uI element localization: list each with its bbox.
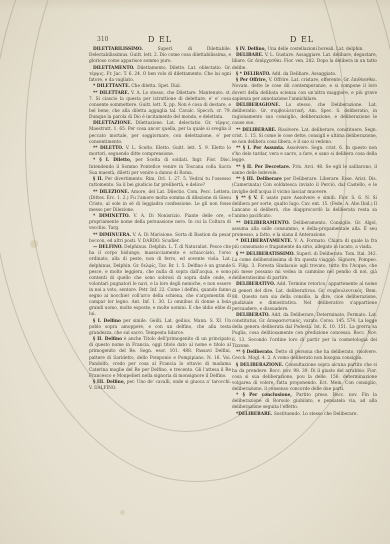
entry-headword: § II. Delfino (93, 337, 122, 342)
entry-definition: Delphinus. Delphin. L. T. di Naturalist.… (89, 245, 231, 317)
dictionary-entry: § DELIBERAZIONE. Consultazione sopra alc… (232, 363, 377, 393)
entry-headword: ** DILETTO. (93, 146, 123, 151)
entry-definition: Add. da Delibare. Assaggiato. (272, 72, 337, 77)
dictionary-entry: § II. Delfino è anche Titolo dell'primog… (89, 337, 231, 380)
running-head-right: D EL (290, 35, 314, 44)
paper-stain (120, 510, 125, 515)
dictionary-entry: ** § III. Deliberare per Deliberare. Lib… (232, 177, 377, 195)
entry-headword: § * DELIBATO. (236, 72, 270, 77)
entry-headword: § Per Offrire, (236, 78, 267, 83)
entry-definition: Per divertimento. Rim. Orl. 1. 27. 5. Ve… (89, 177, 231, 188)
dictionary-entry: ** DILETTO. V. L. Scelto. Eletto. Guitt.… (89, 146, 231, 158)
entry-headword: ** § III. Deliberare (236, 177, 282, 182)
entry-headword: § DELIBERAZIONE. (236, 363, 283, 368)
right-column: § IV. Delfino, Una delle costellazioni b… (232, 47, 377, 418)
dictionary-entry: ** DIMINUERA. V. A. Di Marisione. Sorta … (89, 233, 231, 245)
entry-headword: ** § I. Per Assunta. (236, 146, 284, 151)
entry-headword: DILETTAMENTO. (93, 66, 135, 71)
dictionary-entry: § I. Delfino per simile. Geilli. Lat. ge… (89, 319, 231, 337)
dictionary-entry: DILETTAZIONE. Dilettazione. Lat. delecta… (89, 121, 231, 145)
dictionary-entry: ** § Deliberato. Detto di persona che ha… (232, 350, 377, 362)
entry-headword: ** § II. Per Decretare. (236, 165, 290, 170)
entry-definition: Che diletta. Spet. Dial. (131, 84, 181, 89)
dictionary-entry: ** DELIBERAMENTO. Deliberamento. Consigl… (232, 221, 377, 239)
entry-headword: § III. Delfino, (93, 380, 125, 385)
entry-headword: § II. (93, 177, 103, 182)
dictionary-entry: § II. Per divertimento. Rim. Orl. 1. 27.… (89, 177, 231, 189)
dictionary-entry: * § Per conclusione, Partito preso. Bocc… (232, 393, 377, 411)
entry-headword: § ** DELIBERATISSIMO. (236, 252, 295, 257)
entry-headword: * § I. Diletto, (93, 158, 131, 163)
dictionary-entry: ** DELIBERARE. Risolvere. Lat. deliberar… (232, 128, 377, 146)
entry-definition: Sostituendo. Lo stesso che Deliberare. (274, 412, 358, 417)
paper-stain (30, 240, 38, 248)
entry-headword: ** § Deliberato. (236, 350, 273, 355)
dictionary-entry: DELIBERATIVO. Add. Termine retorico, app… (232, 282, 377, 312)
dictionary-entry: DILETTABILISSIMO. Superl. di Dilettabile… (89, 47, 231, 65)
entry-headword: § ** § V. (236, 196, 258, 201)
dictionary-entry: § III. Delfino, per. Uno de' cavalli, on… (89, 380, 231, 392)
entry-headword: *DELIBERARE. (236, 412, 272, 417)
dictionary-entry: DELIBERATO. Add. da Deliberare. Determin… (232, 313, 377, 350)
entry-headword: DILETTAZIONE. (93, 121, 132, 126)
dictionary-entry: ** § I. Per Assunta. Assolvere. Segn. cr… (232, 146, 377, 164)
dictionary-entry: § ** § V. È usato pure Assolvere e simil… (232, 196, 377, 220)
entry-headword: DELIBARE. (236, 53, 263, 58)
dictionary-entry: DELIBARE. V. L. Gustare. Assaggiare. Lat… (232, 53, 377, 71)
entry-definition: Add. da Deliberare. Determinato, Fermato… (232, 313, 377, 348)
entry-headword: — DELFINO. (93, 245, 123, 250)
document-page: 310 D EL D EL DILETTABILISSIMO. Superl. … (0, 0, 390, 544)
entry-headword: DELIBERATO. (236, 313, 270, 318)
entry-headword: * DILETTANTE. (93, 84, 130, 89)
entry-headword: * DELIBERATAMENTE. (236, 239, 292, 244)
entry-headword: ** DELIBERAMENTO. (236, 221, 290, 226)
entry-headword: DELIBERAGIONE. (236, 103, 280, 108)
dictionary-entry: * DIMINETTO. V. A. Di Nonisrizio. Piante… (89, 214, 231, 232)
dictionary-entry: § ** DELIBERATISSIMO. Superl. di Deliber… (232, 252, 377, 282)
running-head-left: D EL (148, 35, 172, 44)
dictionary-entry: ** § II. Per Decretare. Fris. Arci. 48. … (232, 165, 377, 177)
entry-headword: ** DELIBERARE. (236, 128, 276, 133)
dictionary-entry: — DELFINO. Delphinus. Delphin. L. T. di … (89, 245, 231, 318)
entry-headword: ** DIMINUERA. (93, 233, 131, 238)
entry-headword: DILETTABILISSIMO. (93, 47, 143, 52)
dictionary-entry: ** DILETTARE. V. A. Lo stesso, che Dilet… (89, 91, 231, 121)
dictionary-entry: § Per Offrire, V. Offrire. Lat. cristare… (232, 78, 377, 102)
entry-headword: * § Per conclusione, (236, 393, 292, 398)
dictionary-entry: DILETTAMENTO. Dilettamento. Diletto. Lat… (89, 66, 231, 84)
dictionary-entry: * DELIBERATAMENTE. V. A. Formato. Chiara… (232, 239, 377, 251)
entry-headword: § I. Delfino (93, 319, 121, 324)
left-column: DILETTABILISSIMO. Superl. di Dilettabile… (89, 47, 231, 393)
dictionary-entry: * DILETTANTE. Che diletta. Spet. Dial. (89, 84, 231, 90)
entry-headword: DELIBERATIVO. (236, 282, 275, 287)
page-number: 310 (97, 36, 108, 43)
dictionary-entry: ** DILEZIONE. Amore, del Lat. Dilectio. … (89, 190, 231, 214)
entry-headword: ** DILETTARE. (93, 91, 129, 96)
dictionary-entry: *DELIBERARE. Sostituendo. Lo stesso che … (232, 412, 377, 418)
entry-headword: ** DILEZIONE. (93, 190, 129, 195)
entry-definition: Una delle costellazioni boreali. Lat. de… (267, 47, 363, 52)
entry-headword: § IV. Delfino, (236, 47, 266, 52)
dictionary-entry: § IV. Delfino, Una delle costellazioni b… (232, 47, 377, 53)
entry-definition: è anche Titolo dell'primogenito di un pr… (89, 337, 231, 379)
dictionary-entry: * § I. Diletto, per Scelta di soldati. I… (89, 158, 231, 176)
entry-headword: * DIMINETTO. (93, 214, 130, 219)
dictionary-entry: DELIBERAGIONE. Lo stesso, che Deliberazi… (232, 103, 377, 127)
